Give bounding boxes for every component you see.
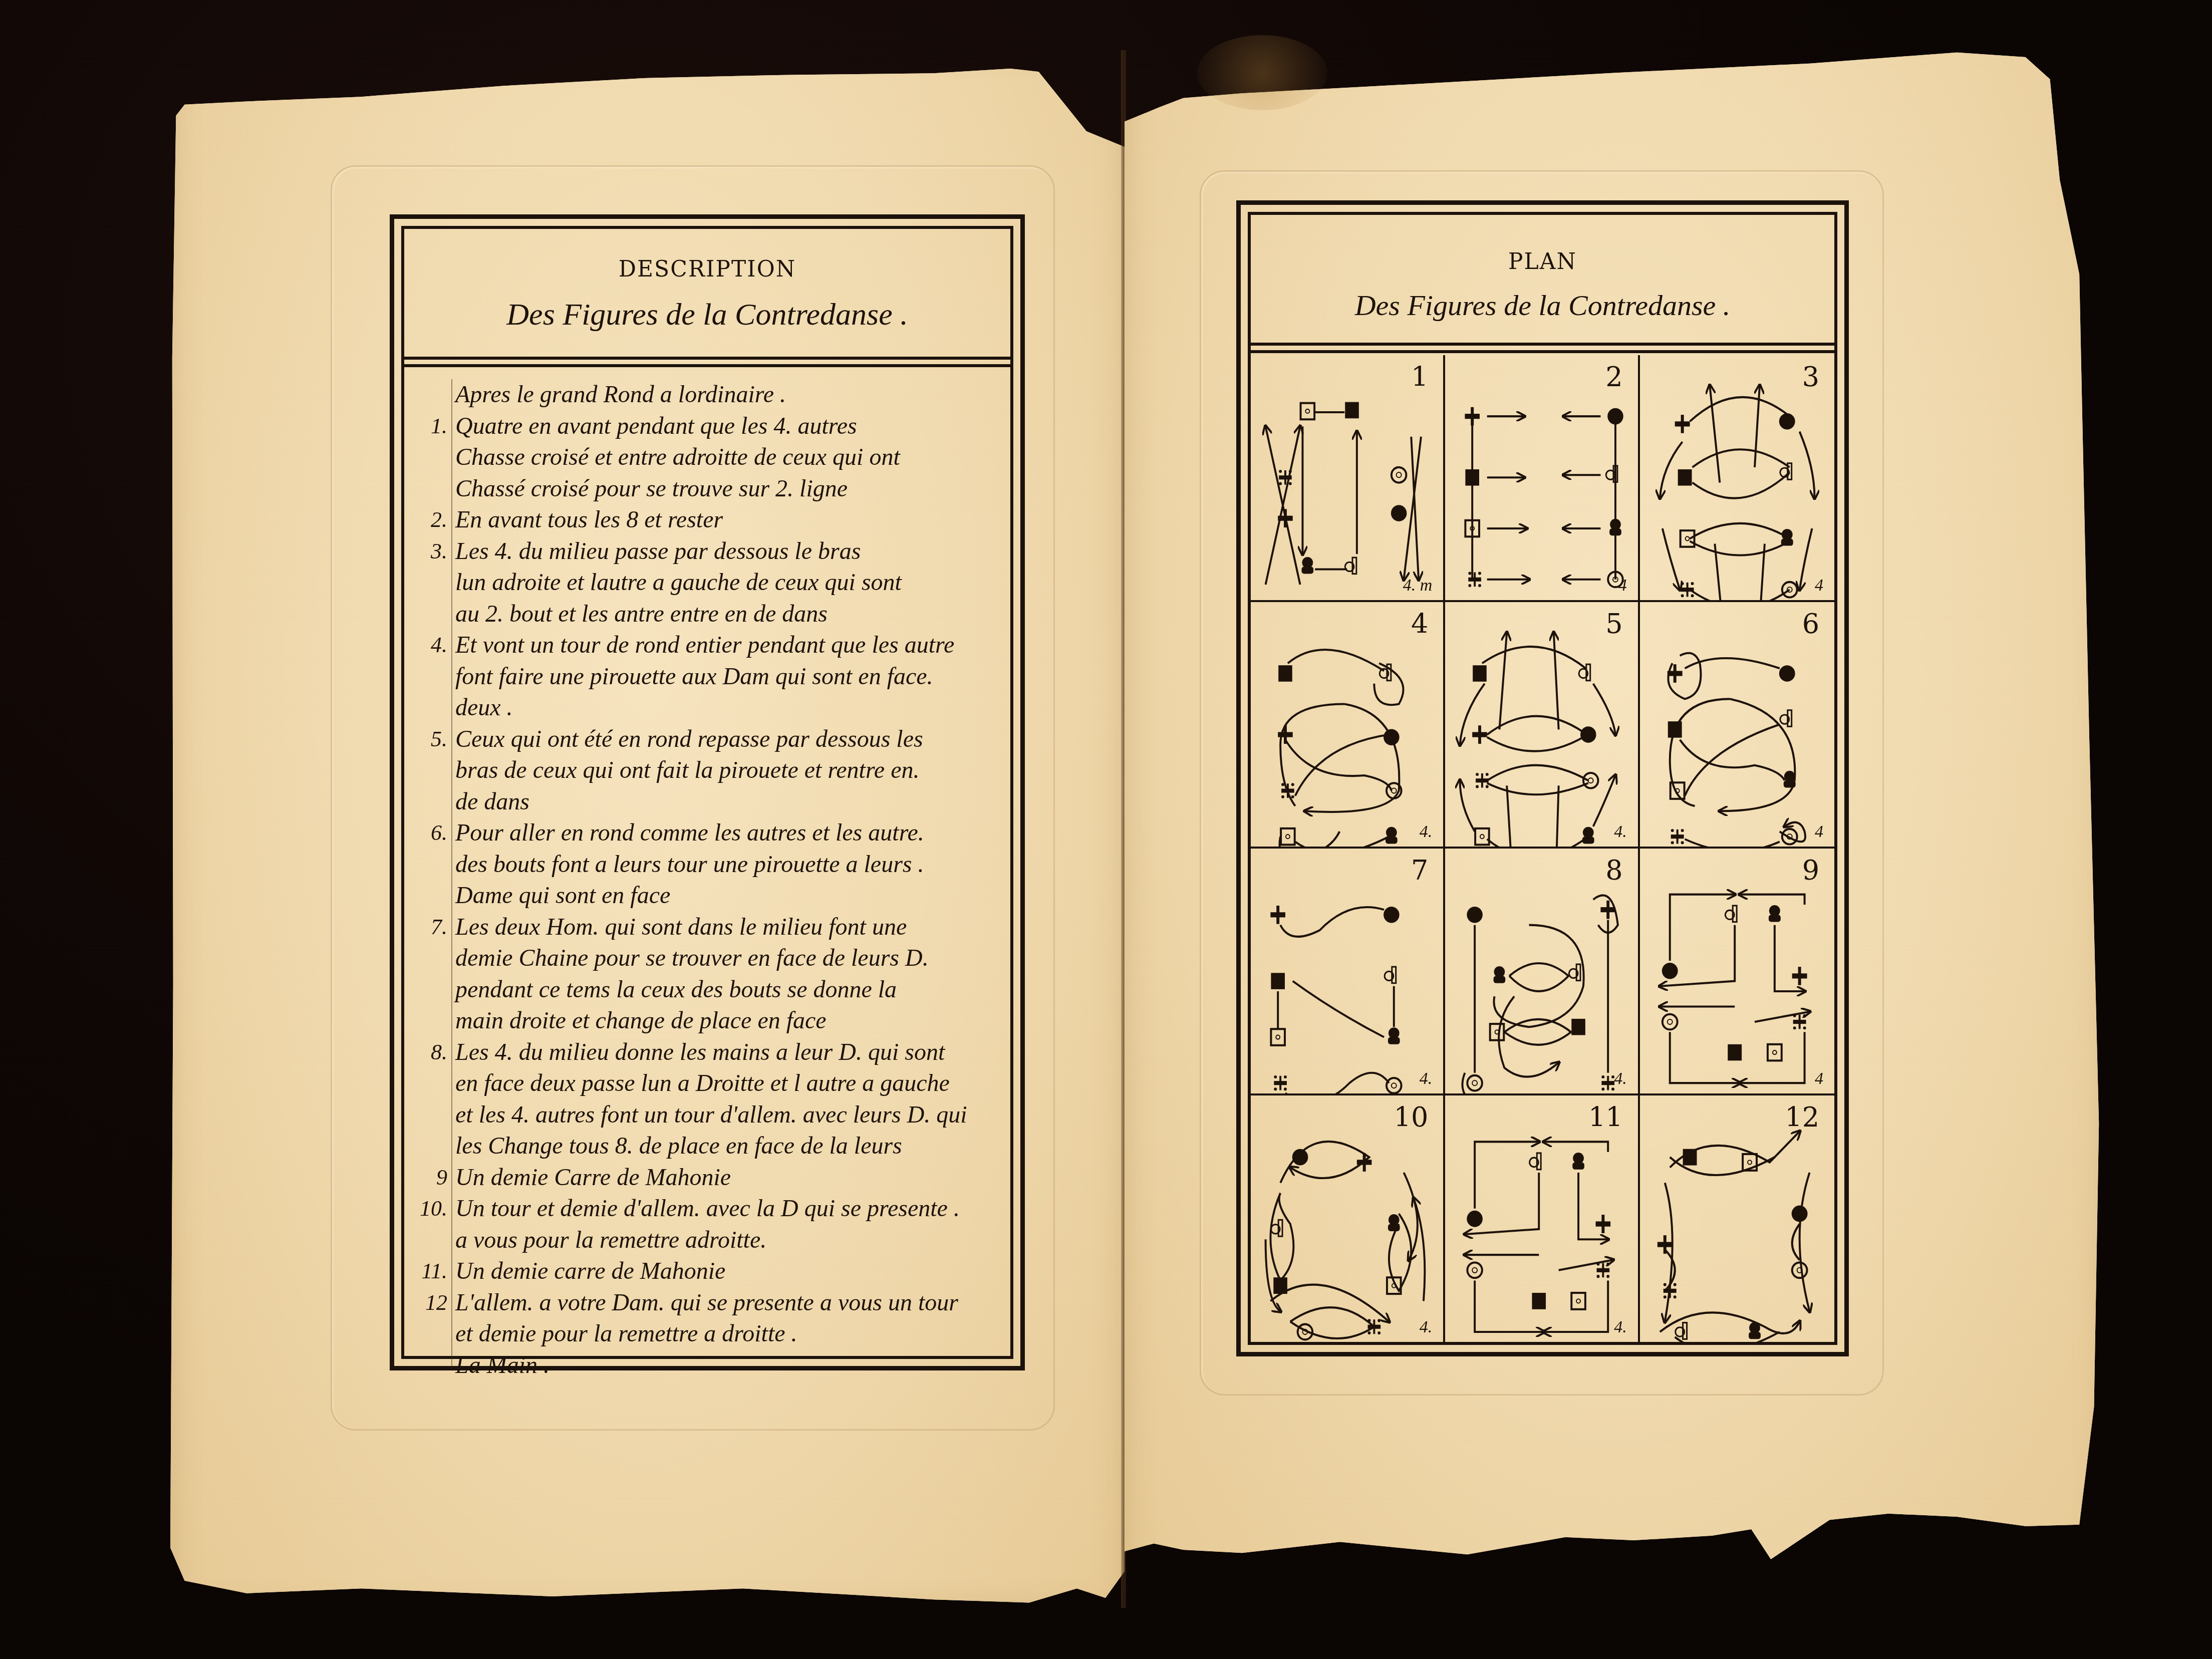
step-text: lun adroite et lautre a gauche de ceux q… [455,567,902,599]
description-line: en face deux passe lun a Droitte et l au… [424,1068,995,1099]
description-body: Apres le grand Rond a lordinaire .1.Quat… [424,379,995,1381]
description-line: demie Chaine pour se trouver en face de … [424,943,995,974]
step-text: Et vont un tour de rond entier pendant q… [455,630,954,661]
step-text: Pour aller en rond comme les autres et l… [455,817,924,849]
step-text: Un demie Carre de Mahonie [455,1162,731,1194]
plan-subtitle: Des Figures de la Contredanse . [1251,289,1834,322]
figure-cell-6: 64 [1640,602,1834,849]
step-text: La Main . [455,1350,549,1381]
figure-cell-12: 12 [1640,1095,1834,1342]
step-text: Ceux qui ont été en rond repasse par des… [455,724,923,755]
description-line: La Main . [424,1350,995,1381]
step-text: les Change tous 8. de place en face de l… [455,1131,902,1162]
step-text: pendant ce tems la ceux des bouts se don… [455,974,897,1006]
description-line: et demie pour la remettre a droitte . [424,1318,995,1350]
step-text: Apres le grand Rond a lordinaire . [455,379,786,411]
description-line: 9Un demie Carre de Mahonie [424,1162,995,1194]
description-line: Apres le grand Rond a lordinaire . [424,379,995,411]
step-text: des bouts font a leurs tour une pirouett… [455,849,924,881]
description-line: les Change tous 8. de place en face de l… [424,1131,995,1162]
figure-bar-count: 4 [1815,1069,1823,1088]
figure-bar-count: 4. [1614,822,1627,842]
step-text: En avant tous les 8 et rester [455,504,723,536]
step-text: en face deux passe lun a Droitte et l au… [455,1068,950,1099]
figure-cell-7: 74. [1251,849,1445,1095]
description-line: 2.En avant tous les 8 et rester [424,504,995,536]
description-line: des bouts font a leurs tour une pirouett… [424,849,995,881]
step-text: Les deux Hom. qui sont dans le milieu fo… [455,912,907,943]
figure-number: 1 [1411,361,1428,393]
step-text: bras de ceux qui ont fait la pirouete et… [455,755,919,786]
description-line: pendant ce tems la ceux des bouts se don… [424,974,995,1006]
figure-cell-8: 84. [1445,849,1639,1095]
figure-number: 7 [1411,855,1428,886]
step-text: a vous pour la remettre adroitte. [455,1225,766,1256]
description-line: bras de ceux qui ont fait la pirouete et… [424,755,995,786]
description-title: DESCRIPTION [404,256,1010,282]
description-line: 12L'allem. a votre Dam. qui se presente … [424,1287,995,1319]
description-line: 7.Les deux Hom. qui sont dans le milieu … [424,912,995,943]
step-number: 8. [412,1037,447,1068]
description-lines: Apres le grand Rond a lordinaire .1.Quat… [424,379,995,1381]
step-number: 1. [412,411,447,442]
step-number: 7. [412,912,447,943]
description-line: deux . [424,692,995,724]
plan-frame-inner: PLAN Des Figures de la Contredanse . 14.… [1248,212,1837,1345]
description-line: au 2. bout et les antre entre en de dans [424,599,995,630]
step-number: 9 [412,1162,447,1194]
figure-number: 10 [1394,1101,1429,1133]
figure-number: 3 [1802,361,1819,393]
description-line: et les 4. autres font un tour d'allem. a… [424,1099,995,1131]
description-line: 6.Pour aller en rond comme les autres et… [424,817,995,849]
step-number: 6. [412,817,447,849]
figure-bar-count: 4 [1815,822,1823,842]
description-frame: DESCRIPTION Des Figures de la Contredans… [390,214,1025,1370]
description-line: 4.Et vont un tour de rond entier pendant… [424,630,995,661]
step-text: Un demie carre de Mahonie [455,1256,725,1287]
step-text: L'allem. a votre Dam. qui se presente a … [455,1287,958,1319]
description-line: Chasse croisé et entre adroitte de ceux … [424,442,995,473]
description-line: Dame qui sont en face [424,880,995,912]
figure-bar-count: 4. [1614,1069,1627,1088]
figure-cell-11: 114. [1445,1095,1639,1342]
step-text: au 2. bout et les antre entre en de dans [455,599,827,630]
step-text: de dans [455,786,529,818]
description-line: font faire une pirouette aux Dam qui son… [424,661,995,693]
step-text: Les 4. du milieu donne les mains a leur … [455,1037,945,1068]
step-number: 12 [412,1287,447,1319]
step-number: 2. [412,504,447,536]
figure-number: 5 [1605,608,1622,640]
step-text: Un tour et demie d'allem. avec la D qui … [455,1193,960,1225]
step-number: 10. [412,1193,447,1225]
figure-number: 12 [1785,1101,1819,1133]
figure-bar-count: 4. [1420,1318,1433,1337]
figure-bar-count: 4. [1614,1318,1627,1337]
step-text: et les 4. autres font un tour d'allem. a… [455,1099,967,1131]
step-text: Les 4. du milieu passe par dessous le br… [455,536,861,568]
figure-cell-1: 14. m [1251,355,1445,602]
figure-cell-4: 44. [1251,602,1445,849]
description-line: main droite et change de place en face [424,1005,995,1037]
figure-number: 4 [1411,608,1428,640]
description-line: 3.Les 4. du milieu passe par dessous le … [424,536,995,568]
figure-cell-10: 104. [1251,1095,1445,1342]
description-line: 5.Ceux qui ont été en rond repasse par d… [424,724,995,755]
step-text: et demie pour la remettre a droitte . [455,1318,797,1350]
figure-cell-9: 94 [1640,849,1834,1095]
step-text: main droite et change de place en face [455,1005,826,1037]
figure-grid: 14. m243444.54.6474.84.94104.114.12 [1251,355,1834,1342]
figure-number: 6 [1802,608,1819,640]
step-number: 5. [412,724,447,755]
figure-number: 2 [1605,361,1622,393]
step-text: Dame qui sont en face [455,880,670,912]
description-subtitle: Des Figures de la Contredanse . [404,297,1010,333]
description-line: a vous pour la remettre adroitte. [424,1225,995,1256]
description-header-rule [404,364,1010,367]
step-text: font faire une pirouette aux Dam qui son… [455,661,933,693]
description-header: DESCRIPTION Des Figures de la Contredans… [404,229,1010,360]
figure-cell-5: 54. [1445,602,1639,849]
plan-title: PLAN [1251,249,1834,274]
figure-cell-2: 24 [1445,355,1639,602]
step-number: 11. [412,1256,447,1287]
plan-header: PLAN Des Figures de la Contredanse . [1251,215,1834,346]
plan-header-rule [1251,350,1834,353]
stain [1197,35,1327,110]
figure-bar-count: 4. m [1403,576,1433,595]
step-text: demie Chaine pour se trouver en face de … [455,943,929,974]
description-frame-inner: DESCRIPTION Des Figures de la Contredans… [401,226,1013,1359]
description-line: lun adroite et lautre a gauche de ceux q… [424,567,995,599]
step-text: Quatre en avant pendant que les 4. autre… [455,411,857,442]
description-line: Chassé croisé pour se trouve sur 2. lign… [424,473,995,505]
figure-number: 9 [1802,855,1819,886]
figure-cell-3: 34 [1640,355,1834,602]
figure-number: 11 [1588,1101,1623,1133]
figure-bar-count: 4. [1420,822,1433,842]
description-line: 1.Quatre en avant pendant que les 4. aut… [424,411,995,442]
step-number: 4. [412,630,447,661]
description-line: de dans [424,786,995,818]
step-text: Chasse croisé et entre adroitte de ceux … [455,442,900,473]
description-line: 10.Un tour et demie d'allem. avec la D q… [424,1193,995,1225]
step-number: 3. [412,536,447,568]
plan-frame: PLAN Des Figures de la Contredanse . 14.… [1236,200,1849,1356]
figure-bar-count: 4 [1815,576,1823,595]
figure-number: 8 [1605,855,1622,886]
step-text: Chassé croisé pour se trouve sur 2. lign… [455,473,848,505]
figure-bar-count: 4 [1618,576,1627,595]
figure-bar-count: 4. [1420,1069,1433,1088]
step-text: deux . [455,692,513,724]
description-line: 11.Un demie carre de Mahonie [424,1256,995,1287]
description-line: 8.Les 4. du milieu donne les mains a leu… [424,1037,995,1068]
